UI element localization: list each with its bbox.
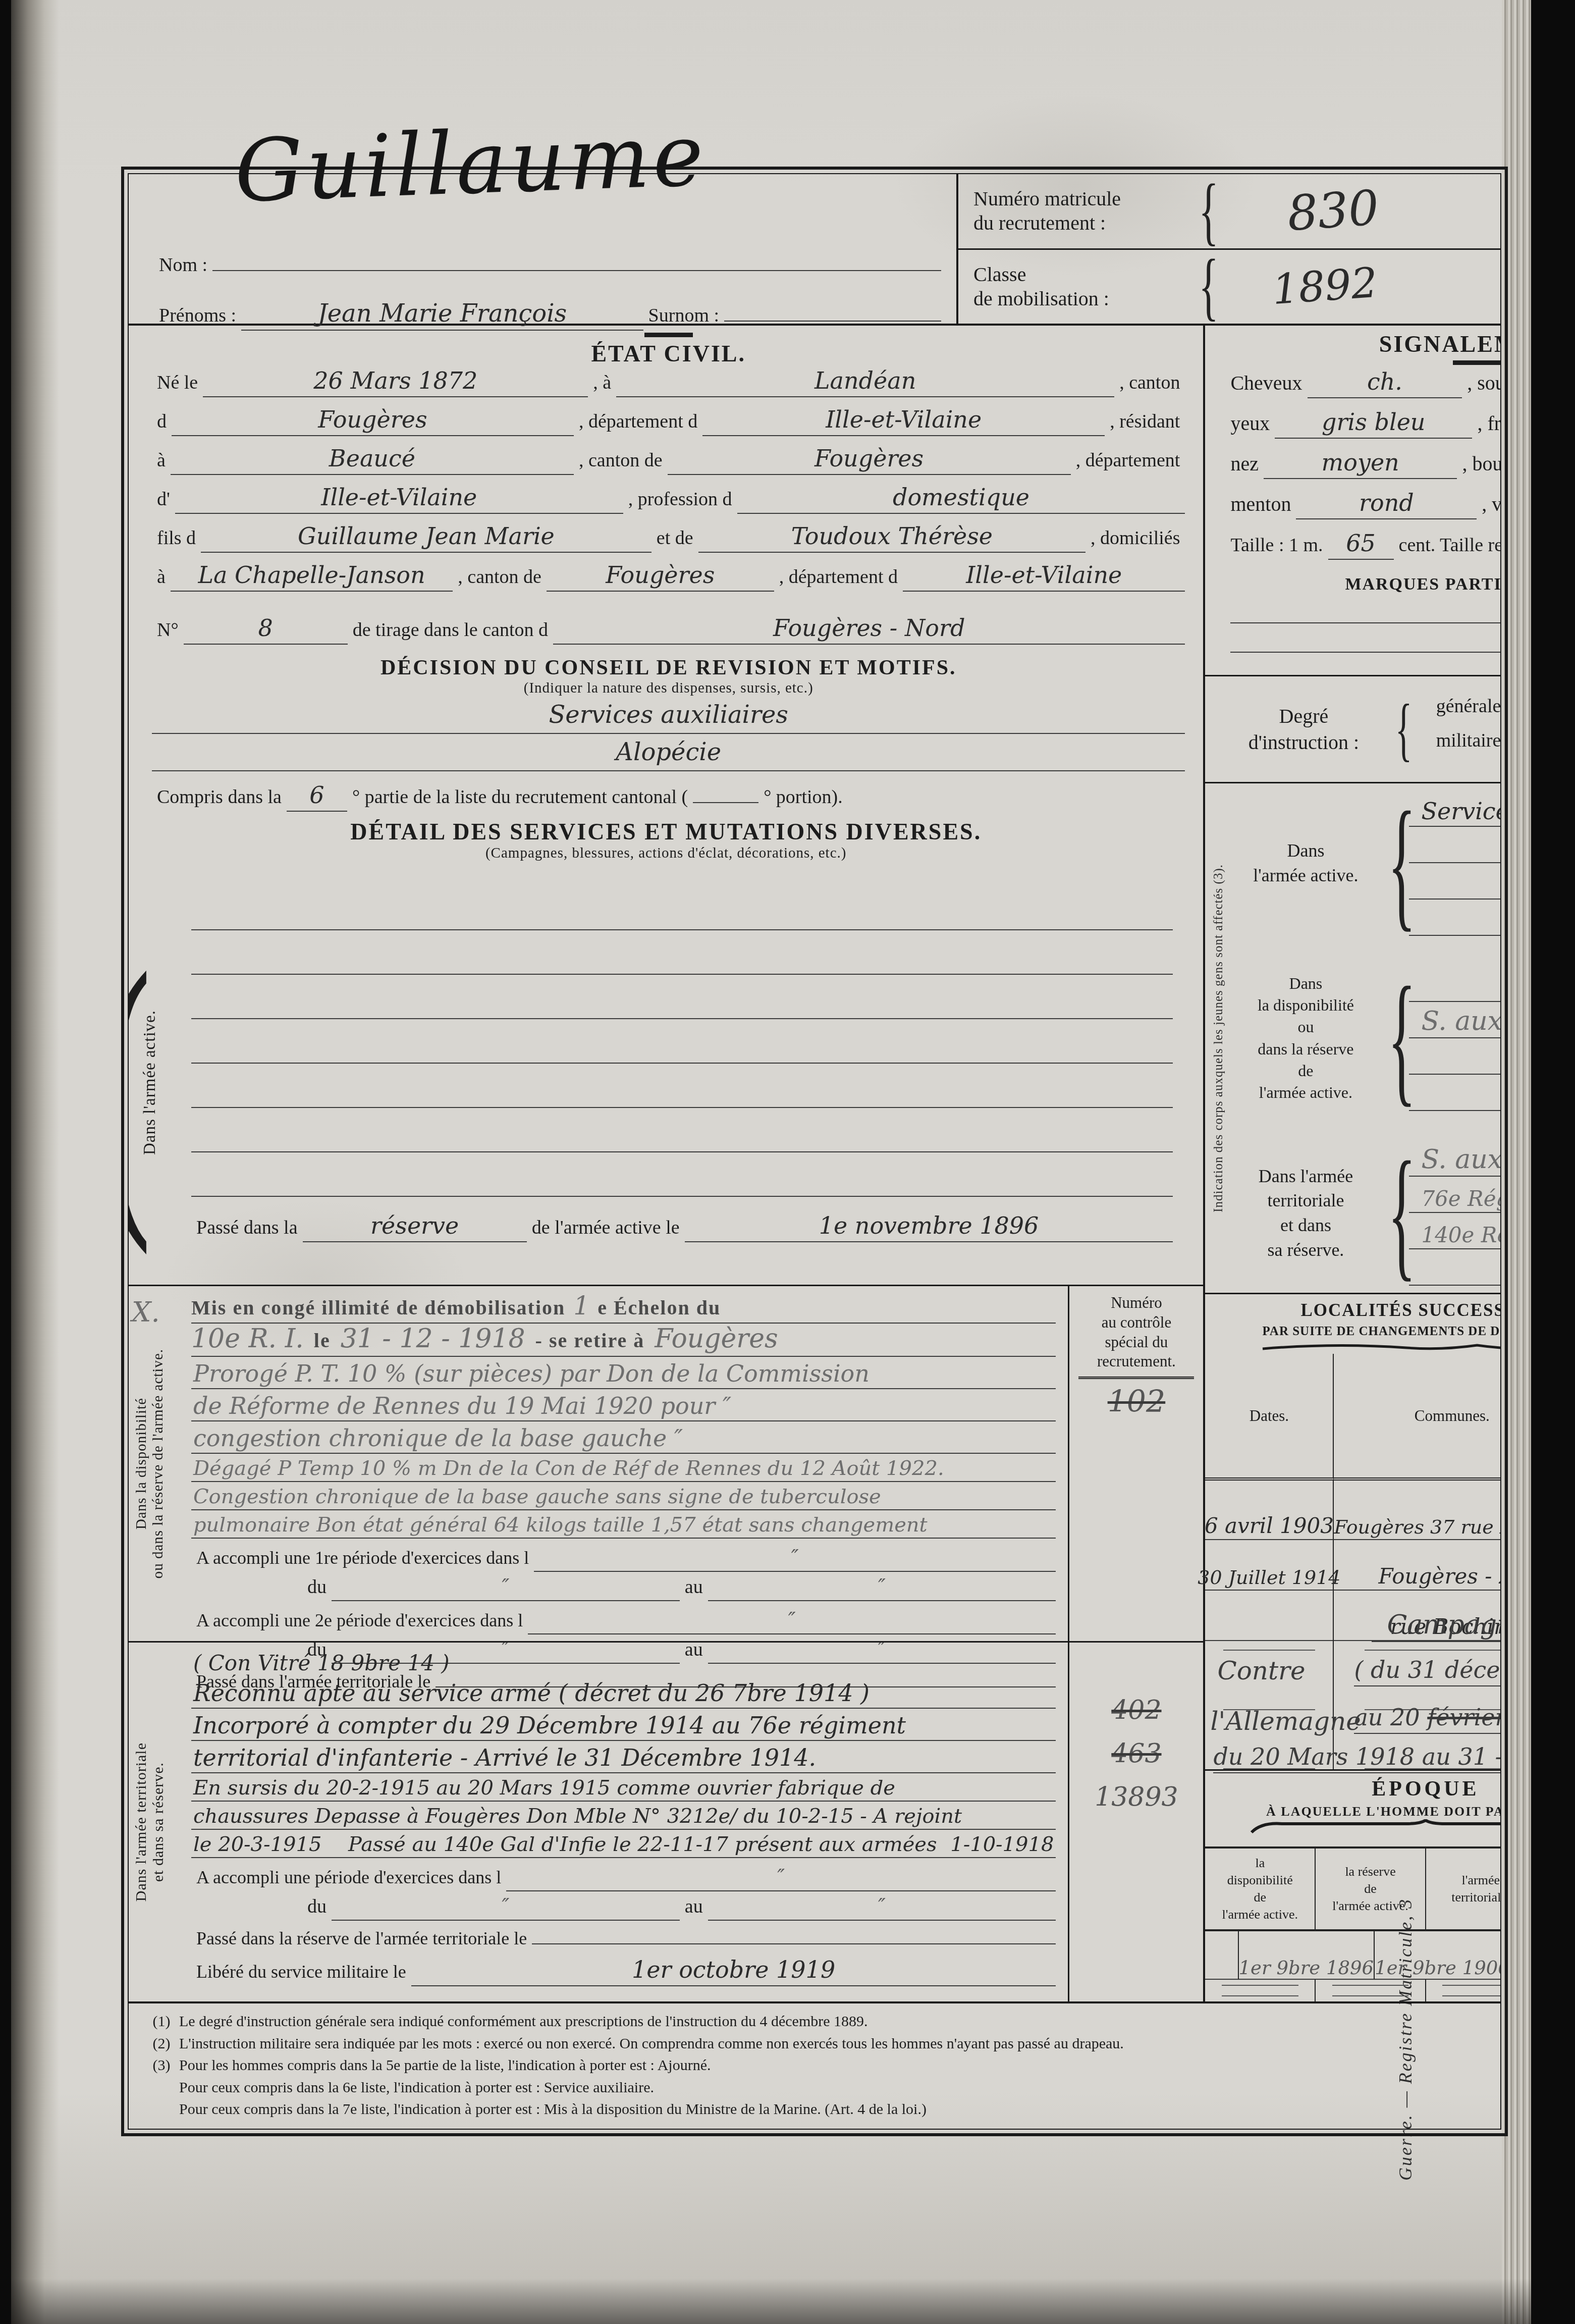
brace-ornament: { bbox=[1388, 805, 1400, 922]
blank-rule bbox=[1409, 1038, 1500, 1075]
printed-label: Libéré du service militaire le bbox=[191, 1961, 411, 1982]
right-column: SIGNALEMENT. Cheveux ch. , sourcils chât… bbox=[1205, 326, 1500, 2001]
ditto-mark: ″ bbox=[534, 1546, 1056, 1572]
row1-commune: Fougères 37 rue Hochet bbox=[1334, 1481, 1500, 1540]
compris-line: Compris dans la 6 ° partie de la liste d… bbox=[152, 781, 1185, 812]
printed-label: A accompli une 2e période d'exercices da… bbox=[191, 1610, 528, 1631]
prenoms-value: Jean Marie François bbox=[241, 299, 643, 331]
book-binding bbox=[11, 0, 59, 2324]
group-lines: S. aux 76e Rég-6al Infanterie 140e Régt … bbox=[1409, 1140, 1500, 1286]
father-name: Guillaume Jean Marie bbox=[201, 522, 651, 553]
matricule-label: Numéro matricule du recrutement : bbox=[973, 187, 1190, 235]
stamp-text: - se retire à bbox=[525, 1329, 655, 1352]
printed-label: au bbox=[680, 1576, 708, 1598]
services-subtitle: (Campagnes, blessures, actions d'éclat, … bbox=[129, 845, 1203, 862]
corps-active-entry: Services auxiliaires bbox=[1409, 790, 1500, 827]
decision-entry-2: Alopécie bbox=[152, 738, 1185, 771]
corps-territoriale-group: Dans l'arméeterritoriale et danssa réser… bbox=[1232, 1140, 1500, 1286]
footnote-2: (2) L'instruction militaire sera indiqué… bbox=[144, 2033, 1480, 2055]
taille-value: 65 bbox=[1328, 530, 1394, 560]
etat-civil-section: ÉTAT CIVIL. Né le 26 Mars 1872 , à Landé… bbox=[129, 326, 1203, 653]
empty-cell bbox=[1205, 1592, 1334, 1651]
footnote-1: (1) Le degré d'instruction générale sera… bbox=[144, 2011, 1480, 2033]
campagne-allemagne: l'Allemagne bbox=[1210, 1707, 1361, 1736]
birth-date: 26 Mars 1872 bbox=[203, 367, 588, 397]
footnote-3: (3) Pour les hommes compris dans la 5e p… bbox=[144, 2054, 1480, 2077]
controle-number: 102 bbox=[1074, 1384, 1198, 1419]
blank-rule bbox=[191, 930, 1173, 975]
printed-label: ° portion). bbox=[758, 786, 848, 808]
corps-terr-entry-0: S. aux bbox=[1409, 1140, 1500, 1177]
parents-departement: Ille-et-Vilaine bbox=[903, 561, 1185, 592]
tirage-line: N° 8 de tirage dans le canton d Fougères… bbox=[152, 600, 1185, 651]
armees-date: 1-10-1918 bbox=[943, 1833, 1054, 1856]
services-title-block: DÉTAIL DES SERVICES ET MUTATIONS DIVERSE… bbox=[129, 810, 1203, 881]
birth-place: Landéan bbox=[616, 367, 1114, 397]
demobilisation-stamp-line-1: Mis en congé illimité de démobilisation … bbox=[191, 1291, 1056, 1324]
residence-place: Beaucé bbox=[171, 445, 574, 475]
echelon-value: 1 bbox=[565, 1291, 598, 1321]
stamp-text: Mis en congé illimité de démobilisation bbox=[191, 1296, 565, 1319]
libere-line: Libéré du service militaire le 1er octob… bbox=[191, 1956, 1056, 1986]
identity-block: Guillaume Nom : Prénoms : Jean Marie Fra… bbox=[129, 174, 956, 324]
territoriale-content: ( Con Vitré 18 9bre 14 ) Reconnu apte au… bbox=[171, 1643, 1068, 2001]
printed-label: , visage bbox=[1477, 492, 1500, 516]
group-label: Dansl'armée active. bbox=[1232, 838, 1379, 887]
surnom-label: Surnom : bbox=[643, 304, 724, 327]
degre-instruction-section: Degré d'instruction : { générale (1). 0 bbox=[1205, 675, 1500, 782]
armee-active-sidebar: Dans l'armée active. ( bbox=[129, 881, 171, 1285]
footnote-marker: (3) bbox=[144, 2054, 179, 2077]
corps-vertical-label: Indication des corps auxquels les jeunes… bbox=[1212, 864, 1226, 1212]
row2-commune: Fougères - 26 bbox=[1334, 1540, 1500, 1591]
disponibilite-label-2: ou dans la réserve de l'armée active. bbox=[150, 1349, 167, 1578]
printed-label: , profession d bbox=[623, 488, 737, 510]
corps-affectation-section: Indication des corps auxquels les jeunes… bbox=[1205, 782, 1500, 1293]
numcol-header: recrutement. bbox=[1074, 1352, 1198, 1371]
ditto-mark: ″ bbox=[506, 1865, 1056, 1891]
signalement-line-1: Cheveux ch. , sourcils chât. clair bbox=[1225, 368, 1500, 408]
printed-label: Cheveux bbox=[1225, 371, 1307, 395]
epoque-main: ÉPOQUE À LAQUELLE L'HOMME DOIT PASSER DA… bbox=[1205, 1771, 1500, 2001]
numcol-header: au contrôle bbox=[1074, 1313, 1198, 1333]
pension-note-5: Congestion chronique de la base gauche s… bbox=[191, 1482, 1056, 1510]
ditto-mark: ″ bbox=[708, 1575, 1056, 1601]
blank-rule bbox=[532, 1943, 1056, 1944]
numcol-header: spécial du bbox=[1074, 1333, 1198, 1352]
periode-1-dates: du ″ au ″ bbox=[191, 1575, 1056, 1601]
row2-date: 30 Juillet 1914 bbox=[1205, 1540, 1334, 1591]
degre-label: Degré d'instruction : bbox=[1220, 703, 1387, 756]
epoque-titlebox: ÉPOQUE À LAQUELLE L'HOMME DOIT PASSER DA… bbox=[1205, 1771, 1500, 1846]
decision-title: DÉCISION DU CONSEIL DE REVISION ET MOTIF… bbox=[152, 656, 1185, 680]
footnote-text: Le degré d'instruction générale sera ind… bbox=[179, 2011, 1480, 2033]
pension-note-1: Prorogé P. T. 10 % (sur pièces) par Don … bbox=[191, 1357, 1056, 1389]
pension-note-3: congestion chronique de la base gauche ″ bbox=[191, 1421, 1056, 1454]
rejoint-date: le 20-3-1915 bbox=[193, 1833, 321, 1856]
printed-label: d bbox=[152, 410, 172, 433]
blank-rule bbox=[191, 886, 1173, 930]
disponibilite-label-1: Dans la disponibilité bbox=[133, 1398, 150, 1529]
nom-signature: Guillaume bbox=[233, 105, 708, 222]
degre-fields: générale (1). 0 militaire (2). bbox=[1421, 692, 1500, 767]
printed-label: Passé dans la bbox=[191, 1217, 303, 1239]
mutation-note: le 20-3-1915 Passé au 140e Gal d'Infie l… bbox=[191, 1830, 1056, 1858]
passe-140e: Passé au 140e Gal d'Infie le 22-11-17 pr… bbox=[328, 1833, 937, 1856]
printed-label: et de bbox=[651, 527, 698, 549]
corps-sidebar: Indication des corps auxquels les jeunes… bbox=[1205, 783, 1232, 1293]
footnote-5: Pour ceux compris dans la 7e liste, l'in… bbox=[144, 2098, 1480, 2121]
commission-note: ( Con Vitré 18 9bre 14 ) bbox=[191, 1648, 1056, 1676]
decision-section: DÉCISION DU CONSEIL DE REVISION ET MOTIF… bbox=[129, 653, 1203, 810]
disponibilite-content: Mis en congé illimité de démobilisation … bbox=[171, 1286, 1068, 1641]
footnote-text: L'instruction militaire sera indiquée pa… bbox=[179, 2033, 1480, 2055]
nom-label: Nom : bbox=[154, 254, 212, 276]
parents-canton: Fougères bbox=[547, 561, 774, 592]
printed-label: , résidant bbox=[1105, 410, 1185, 433]
menton-value: rond bbox=[1296, 489, 1477, 519]
group-label: Dans l'arméeterritoriale et danssa réser… bbox=[1232, 1164, 1379, 1262]
ditto-mark: ″ bbox=[528, 1608, 1056, 1634]
etat-civil-line-4: d' Ille-et-Vilaine , profession d domest… bbox=[152, 484, 1185, 522]
val-reserve-active: 1er 9bre 1896 bbox=[1239, 1931, 1375, 1980]
printed-label: du bbox=[302, 1576, 332, 1598]
ditto-mark: ″ bbox=[332, 1894, 680, 1921]
apte-note: Reconnu apte au service armé ( décret du… bbox=[191, 1676, 1056, 1709]
printed-label: , domiciliés bbox=[1085, 527, 1185, 549]
periode-terr-line: A accompli une période d'exercices dans … bbox=[191, 1865, 1056, 1891]
struck-number: 402 bbox=[1111, 1695, 1161, 1725]
signalement-title: SIGNALEMENT. bbox=[1225, 331, 1500, 357]
printed-label: Né le bbox=[152, 372, 203, 394]
blank-rule bbox=[1409, 900, 1500, 936]
blank-rule bbox=[191, 1108, 1173, 1152]
sursis-note-2: chaussures Depasse à Fougères Don Mble N… bbox=[191, 1802, 1056, 1830]
localites-table: Dates. Communes. Subdivisionsde région. … bbox=[1205, 1354, 1500, 1575]
printed-label: A accompli une 1re période d'exercices d… bbox=[191, 1547, 534, 1568]
incorpore-note-1: Incorporé à compter du 29 Décembre 1914 … bbox=[191, 1709, 1056, 1741]
passe-reserve-value: réserve bbox=[303, 1212, 527, 1242]
services-title: DÉTAIL DES SERVICES ET MUTATIONS DIVERSE… bbox=[129, 818, 1203, 845]
printed-label: , canton de bbox=[453, 566, 547, 588]
blank-rule bbox=[191, 1019, 1173, 1064]
birth-canton: Fougères bbox=[172, 406, 574, 436]
blank-rule bbox=[191, 1152, 1173, 1197]
epoque-section: ÉPOQUE À LAQUELLE L'HOMME DOIT PASSER DA… bbox=[1205, 1769, 1500, 2001]
group-label: Dansla disponibilité oudans la réserve d… bbox=[1232, 973, 1379, 1103]
footnotes-band: (1) Le degré d'instruction générale sera… bbox=[129, 2001, 1500, 2129]
classe-label: Classe de mobilisation : bbox=[973, 262, 1190, 311]
printed-label: N° bbox=[152, 619, 184, 641]
group-lines: S. aux bbox=[1409, 966, 1500, 1111]
birth-departement: Ille-et-Vilaine bbox=[702, 406, 1105, 436]
epoque-columns: ladisponibilité del'armée active. la rés… bbox=[1205, 1846, 1500, 1931]
degre-militaire-row: militaire (2). bbox=[1431, 729, 1500, 767]
footnote-marker bbox=[144, 2098, 179, 2121]
taille-line: Taille : 1 m. 65 cent. Taille rectifiée … bbox=[1225, 530, 1500, 566]
blank-rule bbox=[191, 975, 1173, 1019]
etat-civil-title: ÉTAT CIVIL. bbox=[152, 340, 1185, 367]
epoque-values: 1er 9bre 1896 1er 9bre 1906 1er 9bre 191… bbox=[1205, 1931, 1500, 1980]
title-ornament bbox=[1453, 360, 1500, 365]
disponibilite-section: X. Dans la disponibilité ou dans la rése… bbox=[129, 1285, 1203, 1641]
pension-note-2: de Réforme de Rennes du 19 Mai 1920 pour… bbox=[191, 1389, 1056, 1421]
val-territoriale: 1er 9bre 1906 bbox=[1375, 1931, 1500, 1980]
brace-ornament: { bbox=[1199, 252, 1219, 321]
col-header-dates: Dates. bbox=[1205, 1354, 1334, 1481]
brace-ornament: { bbox=[1395, 698, 1413, 761]
footnote-text: Pour ceux compris dans la 7e liste, l'in… bbox=[179, 2098, 1480, 2121]
periode-terr-dates: du ″ au ″ bbox=[191, 1894, 1056, 1921]
epoque-subtitle: À LAQUELLE L'HOMME DOIT PASSER DANS bbox=[1205, 1804, 1500, 1819]
mother-name: Toudoux Thérèse bbox=[698, 522, 1086, 553]
footnote-text: Pour les hommes compris dans la 5e parti… bbox=[179, 2054, 1480, 2077]
pension-note-6: pulmonaire Bon état général 64 kilogs ta… bbox=[191, 1510, 1056, 1539]
header-band: Guillaume Nom : Prénoms : Jean Marie Fra… bbox=[129, 174, 1500, 326]
matricule-cell: Numéro matricule du recrutement : { 830 bbox=[958, 174, 1500, 250]
etat-civil-line-6: à La Chapelle-Janson , canton de Fougère… bbox=[152, 561, 1185, 600]
liberation-date: 1er octobre 1919 bbox=[411, 1956, 1056, 1986]
territoriale-section: Dans l'armée territoriale et dans sa rés… bbox=[129, 1641, 1203, 2001]
territoriale-numbers-column: 402 463 13893 bbox=[1068, 1643, 1203, 2001]
stamp-text: e Échelon du bbox=[598, 1296, 721, 1319]
periode-2-line: A accompli une 2e période d'exercices da… bbox=[191, 1608, 1056, 1634]
corps-disponibilite-group: Dansla disponibilité oudans la réserve d… bbox=[1232, 966, 1500, 1111]
printed-label: à bbox=[152, 566, 171, 588]
printed-label: cent. Taille rectifiée : 1 m. bbox=[1394, 534, 1500, 556]
residence-departement: Ille-et-Vilaine bbox=[175, 484, 623, 514]
printed-label: ° partie de la liste du recrutement cant… bbox=[347, 786, 693, 808]
campagnes-section: Campagnes. Contre l'Allemagne ( du 31 dé… bbox=[1205, 1592, 1500, 1769]
territoriale-sidebar: Dans l'armée territoriale et dans sa rés… bbox=[129, 1643, 171, 2001]
territoriale-label-1: Dans l'armée territoriale bbox=[133, 1742, 150, 1902]
surnom-rule bbox=[724, 321, 941, 322]
localites-titles: LOCALITÉS SUCCESSIVES HABITÉES PAR SUITE… bbox=[1205, 1294, 1500, 1354]
residence-canton: Fougères bbox=[668, 445, 1071, 475]
campagne-au: au 20 bbox=[1354, 1704, 1420, 1731]
printed-label: yeux bbox=[1225, 411, 1275, 435]
col-reserve-active: la réservedel'armée active. bbox=[1316, 1846, 1426, 1929]
epoque-empty-row bbox=[1205, 1980, 1500, 1991]
printed-label: à bbox=[152, 449, 171, 471]
liste-partie: 6 bbox=[287, 781, 347, 812]
localites-title: LOCALITÉS SUCCESSIVES HABITÉES bbox=[1205, 1300, 1500, 1321]
printed-label: , sourcils bbox=[1462, 371, 1500, 395]
passe-reserve-line: Passé dans la réserve de l'armée active … bbox=[191, 1197, 1173, 1247]
etat-civil-line-1: Né le 26 Mars 1872 , à Landéan , canton bbox=[152, 367, 1185, 406]
blank-rule bbox=[1409, 1075, 1500, 1111]
nez-value: moyen bbox=[1264, 449, 1457, 479]
classe-value: 1892 bbox=[1271, 259, 1379, 314]
printed-label: Passé dans la réserve de l'armée territo… bbox=[191, 1928, 532, 1949]
campagne-contre: Contre bbox=[1217, 1656, 1305, 1685]
brace-ornament: { bbox=[1388, 980, 1400, 1097]
passe-reserve-date: 1e novembre 1896 bbox=[685, 1212, 1173, 1242]
campagne-periode-1: ( du 31 décembre 1914 bbox=[1354, 1656, 1500, 1686]
stamp-text: le bbox=[304, 1329, 341, 1352]
printed-label: de l'armée active le bbox=[527, 1217, 685, 1239]
prenoms-line: Prénoms : Jean Marie François Surnom : bbox=[154, 299, 941, 331]
footnote-4: Pour ceux compris dans la 6e liste, l'in… bbox=[144, 2077, 1480, 2099]
printed-label: , département d bbox=[774, 566, 903, 588]
classe-cell: Classe de mobilisation : { 1892 bbox=[958, 250, 1500, 324]
printed-label: A accompli une période d'exercices dans … bbox=[191, 1867, 506, 1888]
decision-subtitle: (Indiquer la nature des dispenses, sursi… bbox=[152, 680, 1185, 697]
pension-note-4: Dégagé P Temp 10 % m Dn de la Con de Réf… bbox=[191, 1454, 1056, 1482]
printed-label: menton bbox=[1225, 492, 1296, 516]
printed-label: , bouche bbox=[1457, 452, 1500, 476]
printed-label: , département d bbox=[574, 410, 702, 433]
etat-civil-line-5: fils d Guillaume Jean Marie et de Toudou… bbox=[152, 522, 1185, 561]
incorpore-note-2: territorial d'infanterie - Arrivé le 31 … bbox=[191, 1741, 1056, 1773]
margin-x-mark: X. bbox=[132, 1296, 160, 1328]
printed-label: Taille : 1 m. bbox=[1225, 534, 1328, 556]
armee-active-lines: Passé dans la réserve de l'armée active … bbox=[171, 881, 1203, 1285]
printed-label: fils d bbox=[152, 527, 201, 549]
etat-civil-line-3: à Beaucé , canton de Fougères , départem… bbox=[152, 445, 1185, 484]
ditto-mark: ″ bbox=[708, 1894, 1056, 1921]
printed-label: nez bbox=[1225, 452, 1264, 476]
brace-ornament bbox=[1249, 1819, 1500, 1834]
campagne-periode-2: au 20 février Mars 1 9 1 8 bbox=[1354, 1704, 1500, 1734]
nom-rule bbox=[212, 270, 941, 271]
unit-value: 10e R. I. bbox=[191, 1324, 304, 1354]
demob-date: 31 - 12 - 1918 bbox=[341, 1324, 525, 1354]
signalement-line-2: yeux gris bleu , front ordinaire bbox=[1225, 408, 1500, 449]
prenoms-label: Prénoms : bbox=[154, 304, 241, 327]
corps-terr-entry-1: 76e Rég-6al Infanterie bbox=[1409, 1177, 1500, 1213]
retire-place: Fougères bbox=[655, 1324, 778, 1354]
left-column: ÉTAT CIVIL. Né le 26 Mars 1872 , à Landé… bbox=[129, 326, 1205, 2001]
printed-label: de tirage dans le canton d bbox=[348, 619, 553, 641]
swash-ornament bbox=[1260, 1342, 1500, 1354]
struck-number: 463 bbox=[1111, 1738, 1161, 1769]
row1-date: 6 avril 1903 bbox=[1205, 1481, 1334, 1540]
blank-rule bbox=[1409, 863, 1500, 900]
disponibilite-sidebar: X. Dans la disponibilité ou dans la rése… bbox=[129, 1286, 171, 1641]
marques-label: MARQUES PARTICULIÈRES : bbox=[1225, 575, 1500, 594]
printed-label: militaire (2). bbox=[1431, 729, 1500, 752]
armee-active-section: Dans l'armée active. ( P bbox=[129, 881, 1203, 1285]
profession: domestique bbox=[737, 484, 1185, 514]
cheveux-value: ch. bbox=[1308, 368, 1462, 398]
brace-ornament: { bbox=[1199, 177, 1219, 245]
printed-label: générale (1). bbox=[1431, 695, 1500, 717]
numcol-header: Numéro bbox=[1074, 1293, 1198, 1313]
printed-label: Compris dans la bbox=[152, 786, 287, 808]
localites-subtitle: PAR SUITE DE CHANGEMENTS DE DOMICILE OU … bbox=[1205, 1325, 1500, 1339]
numcol-rule bbox=[1078, 1377, 1194, 1379]
epoque-empty-row bbox=[1205, 1991, 1500, 2002]
col-territoriale: l'arméeterritoriale. bbox=[1426, 1846, 1500, 1929]
blank-rule bbox=[1409, 1249, 1500, 1286]
title-ornament bbox=[644, 333, 693, 337]
ditto-mark: ″ bbox=[332, 1575, 680, 1601]
matricule-value: 830 bbox=[1285, 180, 1381, 242]
footnote-marker: (1) bbox=[144, 2011, 179, 2033]
yeux-value: gris bleu bbox=[1275, 408, 1472, 439]
blank-rule bbox=[191, 1064, 1173, 1108]
matricule-form: Guillaume Nom : Prénoms : Jean Marie Fra… bbox=[121, 167, 1508, 2136]
territoriale-label-2: et dans sa réserve. bbox=[150, 1762, 167, 1882]
portion-rule bbox=[693, 802, 758, 803]
blank-rule bbox=[1409, 966, 1500, 1002]
degre-generale-row: générale (1). 0 bbox=[1431, 692, 1500, 729]
controle-special-column: Numéro au contrôle spécial du recrutemen… bbox=[1068, 1286, 1203, 1641]
signalement-line-3: nez moyen , bouche moyenne bbox=[1225, 449, 1500, 489]
printed-label: du bbox=[302, 1895, 332, 1918]
blank-rule bbox=[1230, 594, 1500, 623]
blank-rule bbox=[1409, 827, 1500, 863]
matricule-terr-number: 13893 bbox=[1095, 1782, 1178, 1812]
signalement-line-4: menton rond , visage ovale bbox=[1225, 489, 1500, 530]
main-band: ÉTAT CIVIL. Né le 26 Mars 1872 , à Landé… bbox=[129, 326, 1500, 2001]
nom-line: Nom : bbox=[154, 254, 941, 276]
col-disponibilite: ladisponibilité del'armée active. bbox=[1205, 1846, 1316, 1929]
localites-section: LOCALITÉS SUCCESSIVES HABITÉES PAR SUITE… bbox=[1205, 1293, 1500, 1592]
printed-label: au bbox=[680, 1895, 708, 1918]
brace-ornament: { bbox=[1388, 1154, 1400, 1272]
corps-terr-entry-2: 140e Régt 1al d'infrie bbox=[1409, 1213, 1500, 1249]
periode-1-line: A accompli une 1re période d'exercices d… bbox=[191, 1546, 1056, 1572]
parents-commune: La Chapelle-Janson bbox=[171, 561, 453, 592]
group-lines: Services auxiliaires bbox=[1409, 790, 1500, 936]
val-disponibilite bbox=[1205, 1931, 1238, 1980]
decision-entry-1: Services auxiliaires bbox=[152, 701, 1185, 734]
etat-civil-line-2: d Fougères , département d Ille-et-Vilai… bbox=[152, 406, 1185, 445]
tirage-canton: Fougères - Nord bbox=[553, 614, 1185, 645]
corps-dispo-entry: S. aux bbox=[1409, 1002, 1500, 1038]
corps-armee-active-group: Dansl'armée active. { Services auxiliair… bbox=[1232, 790, 1500, 936]
corps-groups: Dansl'armée active. { Services auxiliair… bbox=[1232, 783, 1500, 1293]
printed-label: , canton de bbox=[574, 449, 668, 471]
printed-label: , canton bbox=[1114, 372, 1185, 394]
campagnes-title: Campagnes. bbox=[1372, 1610, 1500, 1642]
col-header-communes: Communes. bbox=[1334, 1354, 1500, 1481]
epoque-title: ÉPOQUE bbox=[1205, 1777, 1500, 1801]
tirage-number: 8 bbox=[184, 614, 348, 645]
campagne-periode-3: du 20 Mars 1918 au 31 - 12 - 1918 bbox=[1213, 1743, 1500, 1773]
footnote-marker bbox=[144, 2077, 179, 2099]
printed-label: d' bbox=[152, 488, 175, 510]
scanned-register-page: Guerre. — Registre Matricule, 3 Guillaum… bbox=[11, 0, 1531, 2324]
printed-label: , à bbox=[588, 372, 616, 394]
matricule-block: Numéro matricule du recrutement : { 830 … bbox=[956, 174, 1500, 324]
demobilisation-stamp-line-2: 10e R. I. le 31 - 12 - 1918 - se retire … bbox=[191, 1324, 1056, 1357]
blank-rule bbox=[1230, 623, 1500, 653]
signalement-section: SIGNALEMENT. Cheveux ch. , sourcils chât… bbox=[1205, 326, 1500, 675]
printed-label: , département bbox=[1071, 449, 1185, 471]
struck-month: février bbox=[1427, 1704, 1500, 1731]
sursis-note-1: En sursis du 20-2-1915 au 20 Mars 1915 c… bbox=[191, 1773, 1056, 1802]
brace-ornament: ( bbox=[129, 903, 151, 1262]
printed-label: , front bbox=[1472, 411, 1500, 435]
footnote-marker: (2) bbox=[144, 2033, 179, 2055]
passe-reserve-terr-line: Passé dans la réserve de l'armée territo… bbox=[191, 1928, 1056, 1949]
footnote-text: Pour ceux compris dans la 6e liste, l'in… bbox=[179, 2077, 1480, 2099]
